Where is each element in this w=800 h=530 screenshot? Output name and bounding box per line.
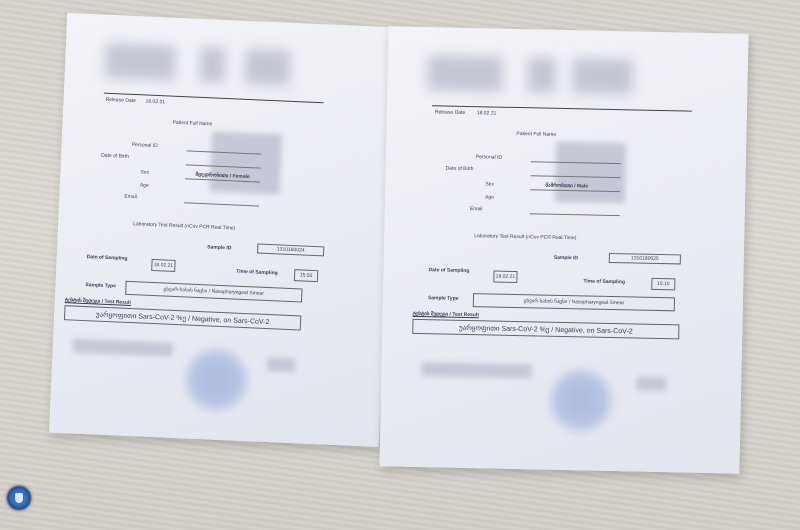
blurred-header <box>105 43 176 81</box>
personal-id-label: Personal ID <box>476 154 502 161</box>
sample-id-box: 1310180024 <box>257 244 324 257</box>
dob-label: Date of Birth <box>101 153 129 160</box>
document-left: Release Date 18.02.21 Patient Full Name … <box>49 13 397 447</box>
test-result-label: ტესტის შედეგი / Test Result <box>413 311 479 318</box>
email-label: Email <box>124 194 137 201</box>
emblem-logo-icon <box>6 485 32 511</box>
age-label: Age <box>140 182 149 188</box>
age-label: Age <box>485 194 494 200</box>
release-date-label: Release Date <box>435 109 465 116</box>
release-date: 18.02.21 <box>477 110 497 116</box>
test-result: უარყოფითი Sars-CoV-2 %ე / Negative, on S… <box>96 310 270 326</box>
release-date-label: Release Date <box>105 97 136 104</box>
release-date: 18.02.21 <box>145 99 165 106</box>
patient-name-label: Patient Full Name <box>173 120 213 128</box>
date-sampling: 18.02.21 <box>496 274 516 280</box>
date-sampling-label: Date of Sampling <box>428 267 469 274</box>
sample-type-label: Sample Type <box>428 295 459 302</box>
test-result: უარყოფითი Sars-CoV-2 %ე / Negative, on S… <box>459 323 633 335</box>
date-sampling: 18.02.21 <box>154 262 174 269</box>
sex-label: Sex <box>485 181 494 187</box>
time-sampling-label: Time of Sampling <box>583 278 625 285</box>
document-right: Release Date 18.02.21 Patient Full Name … <box>379 26 748 473</box>
sex-label: Sex <box>140 169 149 175</box>
sample-id-label: Sample ID <box>554 255 578 262</box>
patient-name-label: Patient Full Name <box>516 131 556 138</box>
time-sampling-label: Time of Sampling <box>236 269 278 277</box>
time-sampling: 15:50 <box>300 272 313 279</box>
sample-type: ცხვირ-ხახის ნაცხი / Nasopharyngeal Smear <box>163 286 264 296</box>
sample-id-label: Sample ID <box>207 244 231 251</box>
lab-title: Laboratory Test Result (nCov PCR Real Ti… <box>133 221 235 231</box>
sex-value: მამრობითი / Male <box>545 183 588 190</box>
stamp-seal <box>550 370 611 431</box>
lab-title: Laboratory Test Result (nCov PCR Real Ti… <box>474 233 576 241</box>
sample-id: 1310180025 <box>631 255 659 262</box>
date-sampling-label: Date of Sampling <box>87 254 128 262</box>
personal-id-label: Personal ID <box>131 142 157 149</box>
dob-label: Date of Birth <box>446 166 474 173</box>
sample-type-label: Sample Type <box>85 282 116 289</box>
stamp-seal <box>185 349 248 412</box>
email-label: Email <box>470 206 483 212</box>
blurred-header <box>427 55 503 92</box>
sample-type: ცხვირ-ხახის ნაცხი / Nasopharyngeal Smear <box>524 298 625 306</box>
time-sampling: 15:10 <box>657 281 670 287</box>
